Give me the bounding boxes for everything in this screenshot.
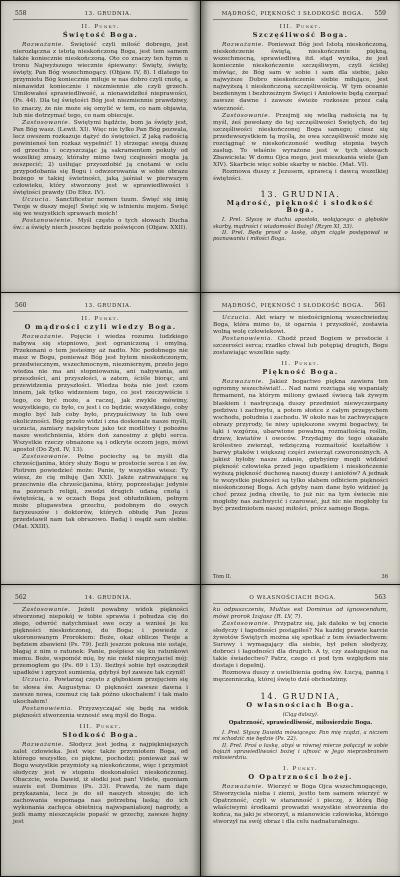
paragraph-lead: Zastosowanie.	[222, 621, 274, 627]
paragraph-lead: Rozważanie.	[222, 42, 268, 48]
page-body: ku odpuszczeniu, Multus est Dominus ad i…	[213, 607, 388, 826]
page-footer: Tom II. 36	[213, 574, 388, 580]
page-558: 558 13. Grudnia. II. Punkt.Świętość Boga…	[1, 1, 200, 292]
heading-title: O Opatrzności bożej.	[213, 774, 388, 781]
heading-title: Mądrość, piękność i słodkość Boga.	[213, 200, 388, 214]
running-head: 558 13. Grudnia.	[13, 10, 188, 20]
page-561: Mądrość, piękność i słodkość Boga. 561 U…	[201, 293, 400, 584]
paragraph-lead: Rozważanie.	[222, 379, 270, 385]
paragraph-lead: Uczucia.	[222, 315, 256, 321]
paragraph: Uczucia. Powtarzaj często z głębokiem pr…	[13, 677, 188, 705]
paragraph: II. Prel. Proś o łaskę, abyś w równej mi…	[213, 743, 388, 762]
paragraph-lead: Zastosowanie.	[22, 607, 78, 613]
paragraph: Rozważanie. Pojęcie i wiedza rozumu ludz…	[13, 334, 188, 454]
page-number: 560	[15, 302, 26, 309]
paragraph: Rozważanie. Ponieważ Bóg jest Istotą nie…	[213, 42, 388, 112]
paragraph: I. Prel. Słyszę w duchu apostoła, wołają…	[213, 217, 388, 230]
page-number: 562	[15, 594, 26, 601]
paragraph: ku odpuszczeniu, Multus est Dominus ad i…	[213, 607, 388, 621]
heading-title: Słodkość Boga.	[13, 732, 188, 739]
heading-title: Świętość Boga.	[13, 32, 188, 39]
heading-title: Szczęśliwość Boga.	[213, 32, 388, 39]
paragraph-lead: Uczucia.	[22, 197, 56, 203]
heading-title: O własnościach Boga.	[213, 702, 388, 709]
running-head: Mądrość, piękność i słodkość Boga. 559	[213, 10, 388, 20]
paragraph: I. Prel. Słyszę Dawida mówiącego: Pan mi…	[213, 730, 388, 743]
paragraph-lead: Postanowienie.	[22, 218, 78, 224]
running-title: 13. Grudnia.	[30, 303, 186, 309]
paragraph: Zastosowanie. Świętymi bądźcie, bom ja ś…	[13, 120, 188, 198]
paragraph: Zastosowanie. Pełne pociechy są te myśli…	[13, 454, 188, 532]
paragraph: Rozważanie. Jakież bogactwo piękna zawie…	[213, 379, 388, 513]
page-559: Mądrość, piękność i słodkość Boga. 559 I…	[201, 1, 400, 292]
running-title: Mądrość, piękność i słodkość Boga.	[215, 303, 371, 309]
paragraph-lead: Rozważanie.	[222, 784, 267, 790]
paragraph-lead: Rozważanie.	[22, 742, 69, 748]
page-number: 559	[375, 10, 386, 17]
page-number: 561	[375, 302, 386, 309]
page-560: 560 13. Grudnia. II. Punkt.O mądrości cz…	[1, 293, 200, 584]
running-title: 14. Grudnia.	[30, 595, 186, 601]
heading-punkt: II. Punkt.	[13, 24, 188, 31]
paragraph-lead: Rozważanie.	[22, 42, 70, 48]
paragraph: Uczucia. Akt wiary w niedoścignioną wsze…	[213, 315, 388, 336]
volume-label: Tom II.	[213, 574, 232, 580]
paragraph-lead: Zastosowanie.	[22, 120, 74, 126]
paragraph-lead: Zastosowanie.	[222, 113, 276, 119]
heading-title: Piękność Boga.	[213, 369, 388, 376]
paragraph: Rozważanie. Świętość czyli miłość dobreg…	[13, 42, 188, 120]
paragraph: Postanowienia. Przyzwyczajać się będę na…	[13, 706, 188, 720]
running-head: Mądrość, piękność i słodkość Boga. 561	[213, 302, 388, 312]
paragraph-lead: Zastosowanie.	[22, 454, 77, 460]
running-head: 560 13. Grudnia.	[13, 302, 188, 312]
heading-title: O mądrości czyli wiedzy Boga.	[13, 324, 188, 331]
paragraph-lead: Rozważanie.	[22, 334, 71, 340]
heading-note-italic: (Ciąg dalszy).	[213, 712, 388, 719]
page-number: 563	[375, 594, 386, 601]
running-head: O własnościach Boga. 563	[213, 594, 388, 604]
running-head: 562 14. Grudnia.	[13, 594, 188, 604]
heading-day: 13. GRUDNIA.	[213, 191, 388, 198]
page-body: Zastosowanie. Jeżeli powabny widok piękn…	[13, 607, 188, 826]
heading-punkt: II. Punkt.	[213, 361, 388, 368]
paragraph: II. Prel. Będę prosił o łaskę, abym ciąg…	[213, 230, 388, 243]
heading-punkt: I. Punkt.	[213, 766, 388, 773]
paragraph-lead: Postanowienia.	[22, 706, 79, 712]
paragraph: Rozmowa duszy z uwielbienia godną św. Łu…	[213, 670, 388, 684]
signature-mark: 36	[381, 574, 388, 580]
paragraph-lead: Uczucia.	[22, 677, 54, 683]
paragraph: Rozmowa duszy z Jezusem, sprawcą i dawcą…	[213, 169, 388, 183]
paragraph: Rozważanie. Wierzyć w Boga Ojca wszechmo…	[213, 784, 388, 826]
paragraph: Zastosowanie. Jeżeli powabny widok piękn…	[13, 607, 188, 677]
page-562: 562 14. Grudnia. Zastosowanie. Jeżeli po…	[1, 585, 200, 876]
heading-day: 14. GRUDNIA,	[213, 693, 388, 700]
heading-punkt: III. Punkt.	[213, 24, 388, 31]
page-body: III. Punkt.Szczęśliwość Boga.Rozważanie.…	[213, 24, 388, 243]
page-563: O własnościach Boga. 563 ku odpuszczeniu…	[201, 585, 400, 876]
book-scan-spread: 558 13. Grudnia. II. Punkt.Świętość Boga…	[0, 0, 400, 877]
page-body: Uczucia. Akt wiary w niedoścignioną wsze…	[213, 315, 388, 513]
paragraph: Zastosowanie. Przypatrz się, jak daleko …	[213, 621, 388, 670]
page-number: 558	[15, 10, 26, 17]
heading-note-bold: Opatrzność, sprawiedliwość, miłosierdzie…	[213, 720, 388, 727]
running-title: 13. Grudnia.	[30, 11, 186, 17]
paragraph-lead: Postanowienia.	[222, 336, 278, 342]
running-title: O własnościach Boga.	[215, 595, 371, 601]
paragraph: Postanowienia. Chodź przed Bogiem w pros…	[213, 336, 388, 357]
heading-punkt: III. Punkt.	[13, 724, 188, 731]
running-title: Mądrość, piękność i słodkość Boga.	[215, 11, 371, 17]
heading-punkt: II. Punkt.	[13, 316, 188, 323]
paragraph: Postanowienie. Myśl często o tych słowac…	[13, 218, 188, 232]
paragraph: Rozważanie. Słodycz jest jedną z najpięk…	[13, 742, 188, 827]
page-body: II. Punkt.Świętość Boga.Rozważanie. Świę…	[13, 24, 188, 232]
paragraph: Zastosowanie. Przejmij się wielką radośc…	[213, 113, 388, 169]
page-body: II. Punkt.O mądrości czyli wiedzy Boga.R…	[13, 316, 188, 531]
paragraph: Uczucia. Sanctificetur nomen tuum. Święć…	[13, 197, 188, 218]
